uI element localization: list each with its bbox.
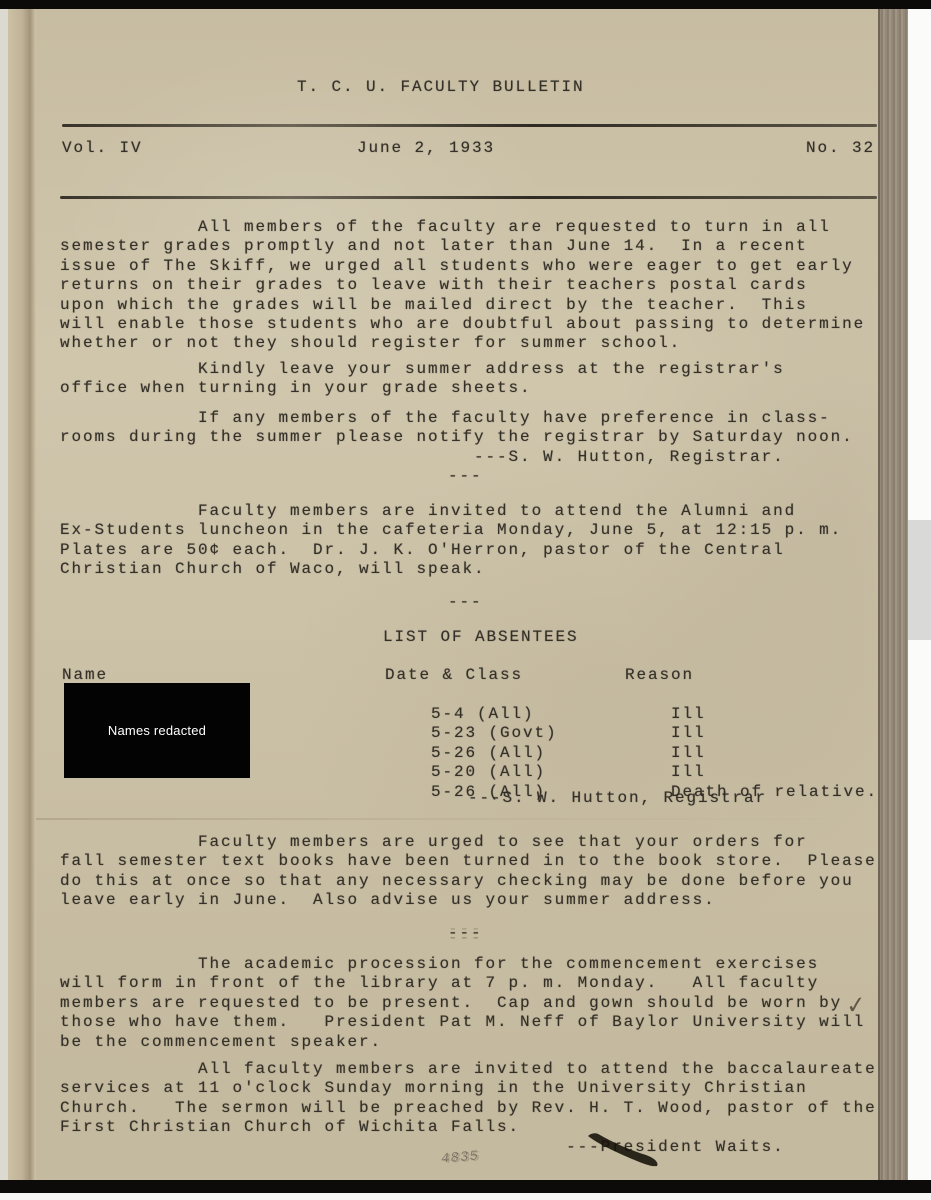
- left-edge-strip: [0, 9, 8, 1184]
- page-stack-edge: [878, 9, 908, 1182]
- redaction-box: Names redacted: [64, 683, 250, 778]
- masthead-rule-bottom: [60, 196, 877, 199]
- paragraph-summer-address: Kindly leave your summer address at the …: [60, 360, 785, 399]
- bulletin-title: T. C. U. FACULTY BULLETIN: [297, 78, 585, 97]
- paragraph-commencement-procession: The academic procession for the commence…: [60, 955, 865, 1052]
- issue-number: No. 32: [806, 139, 875, 158]
- scanned-bulletin-page: T. C. U. FACULTY BULLETIN Vol. IV June 2…: [0, 0, 931, 1200]
- column-header-date-class: Date & Class: [385, 666, 523, 685]
- redaction-label: Names redacted: [108, 723, 206, 738]
- ink-stroke-mark: [585, 1131, 667, 1171]
- paragraph-alumni-luncheon: Faculty members are invited to attend th…: [60, 502, 842, 580]
- section-divider: ---: [448, 467, 483, 486]
- paragraph-book-orders: Faculty members are urged to see that yo…: [60, 833, 877, 911]
- registrar-signature: ---S. W. Hutton, Registrar: [468, 789, 767, 808]
- paragraph-grades-due: All members of the faculty are requested…: [60, 218, 865, 354]
- volume-label: Vol. IV: [62, 139, 143, 158]
- paragraph-classroom-preference: If any members of the faculty have prefe…: [60, 409, 854, 467]
- scan-bottom-bar: [0, 1180, 931, 1193]
- column-header-reason: Reason: [625, 666, 694, 685]
- scan-top-bar: [0, 0, 931, 9]
- section-divider: ---: [448, 924, 483, 943]
- section-divider: ---: [448, 593, 483, 612]
- paragraph-baccalaureate: All faculty members are invited to atten…: [60, 1060, 877, 1157]
- binding-fold: [8, 9, 36, 1180]
- scanner-shadow-patch: [906, 520, 931, 640]
- issue-date: June 2, 1933: [357, 139, 495, 158]
- masthead-rule-top: [62, 124, 877, 127]
- scan-bottom-margin: [0, 1193, 931, 1200]
- penciled-page-number: 4835: [440, 1147, 480, 1170]
- pencil-checkmark: ✓: [845, 995, 869, 1017]
- absentees-heading: LIST OF ABSENTEES: [383, 628, 579, 647]
